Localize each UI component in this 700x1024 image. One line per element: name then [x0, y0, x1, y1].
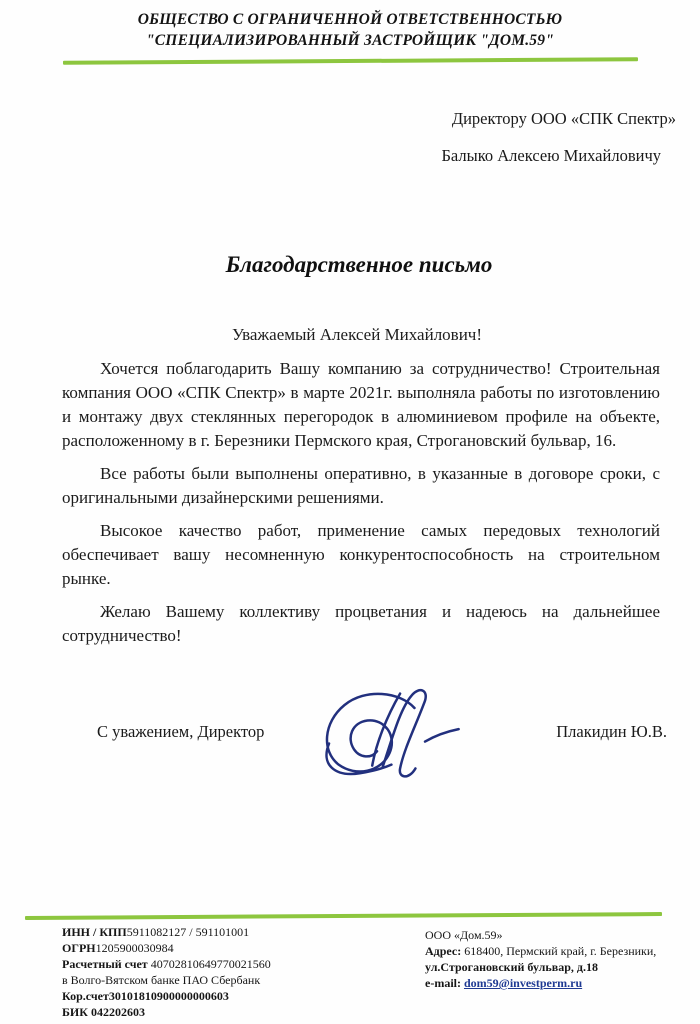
- footer-address-line1: Адрес: 618400, Пермский край, г. Березни…: [425, 943, 685, 959]
- salutation: Уважаемый Алексей Михайлович!: [0, 325, 700, 345]
- letterhead: ОБЩЕСТВО С ОГРАНИЧЕННОЙ ОТВЕТСТВЕННОСТЬЮ…: [0, 0, 700, 51]
- company-name-line1: ОБЩЕСТВО С ОГРАНИЧЕННОЙ ОТВЕТСТВЕННОСТЬЮ: [0, 9, 700, 30]
- header-green-rule: [63, 57, 638, 65]
- footer-settlement-account: Расчетный счет 40702810649770021560: [62, 956, 392, 972]
- addressee-block: Директору ООО «СПК Спектр» Балыко Алексе…: [0, 109, 700, 166]
- footer-contact-details: ООО «Дом.59» Адрес: 618400, Пермский кра…: [425, 927, 685, 991]
- email-link[interactable]: dom59@investperm.ru: [464, 976, 582, 990]
- addressee-name: Балыко Алексею Михайловичу: [0, 146, 700, 166]
- footer-bik: БИК 042202603: [62, 1004, 392, 1020]
- footer-address-line2: ул.Строгановский бульвар, д.18: [425, 959, 685, 975]
- letter-page: ОБЩЕСТВО С ОГРАНИЧЕННОЙ ОТВЕТСТВЕННОСТЬЮ…: [0, 0, 700, 1024]
- paragraph-2: Все работы были выполнены оперативно, в …: [62, 462, 660, 510]
- company-name-line2: "СПЕЦИАЛИЗИРОВАННЫЙ ЗАСТРОЙЩИК "ДОМ.59": [0, 30, 700, 51]
- footer-bank-details: ИНН / КПП5911082127 / 591101001 ОГРН1205…: [62, 924, 392, 1020]
- footer-email-row: e-mail: dom59@investperm.ru: [425, 975, 685, 991]
- paragraph-4: Желаю Вашему коллективу процветания и на…: [62, 600, 660, 648]
- signature-block: С уважением, Директор Плакидин Ю.В.: [0, 684, 667, 780]
- paragraph-1: Хочется поблагодарить Вашу компанию за с…: [62, 357, 660, 453]
- footer-ogrn: ОГРН1205900030984: [62, 940, 392, 956]
- signature-left-label: С уважением, Директор: [97, 722, 264, 742]
- footer-inn-kpp: ИНН / КПП5911082127 / 591101001: [62, 924, 392, 940]
- footer-green-rule: [25, 912, 662, 920]
- footer-bank-name: в Волго-Вятском банке ПАО Сбербанк: [62, 972, 392, 988]
- paragraph-3: Высокое качество работ, применение самых…: [62, 519, 660, 591]
- addressee-position: Директору ООО «СПК Спектр»: [0, 109, 700, 129]
- footer-company-short: ООО «Дом.59»: [425, 927, 685, 943]
- letter-body: Хочется поблагодарить Вашу компанию за с…: [62, 357, 660, 648]
- footer: ИНН / КПП5911082127 / 591101001 ОГРН1205…: [0, 914, 700, 918]
- document-title: Благодарственное письмо: [0, 252, 700, 278]
- signature-right-name: Плакидин Ю.В.: [556, 722, 667, 742]
- handwritten-signature: [314, 684, 466, 780]
- footer-corr-account: Кор.счет30101810900000000603: [62, 988, 392, 1004]
